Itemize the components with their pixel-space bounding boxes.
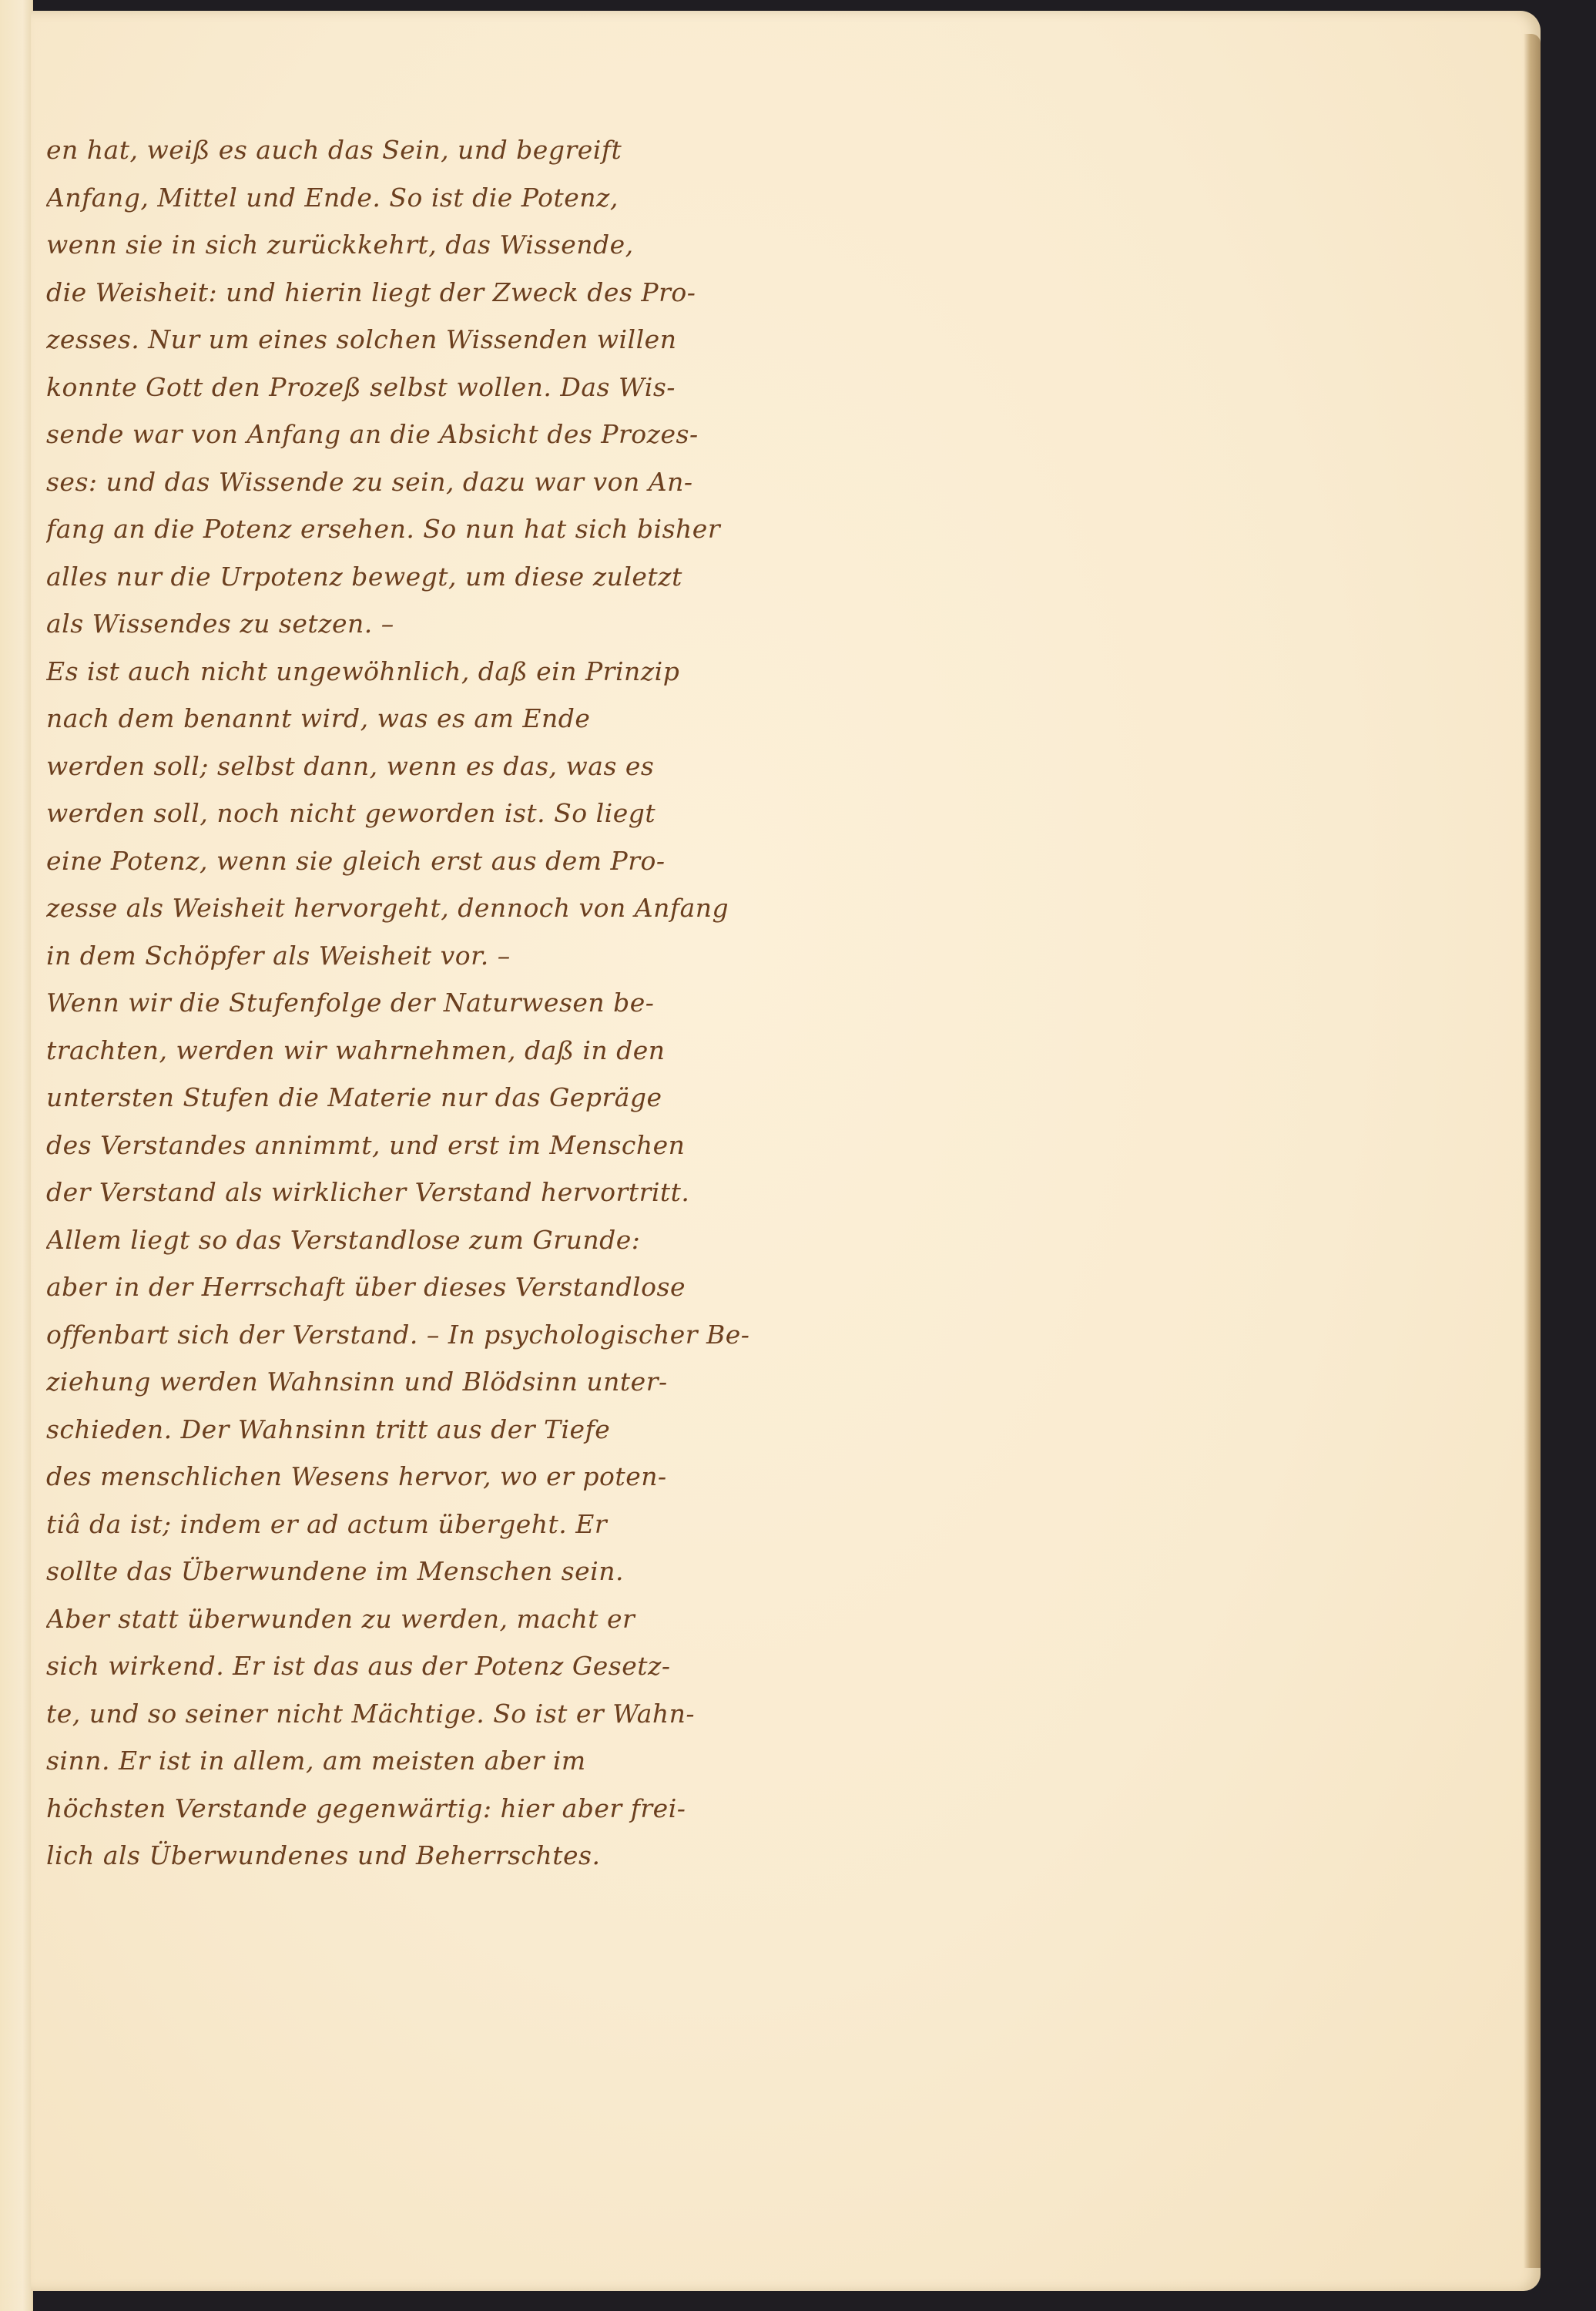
- text-line: höchsten Verstande gegenwärtig: hier abe…: [46, 1785, 832, 1833]
- text-line: sinn. Er ist in allem, am meisten aber i…: [46, 1737, 832, 1785]
- text-line: Wenn wir die Stufenfolge der Naturwesen …: [46, 979, 832, 1027]
- text-line: zesse als Weisheit hervorgeht, dennoch v…: [46, 884, 832, 932]
- text-line: offenbart sich der Verstand. – In psycho…: [46, 1311, 832, 1359]
- text-line: des menschlichen Wesens hervor, wo er po…: [46, 1453, 832, 1501]
- text-line: sich wirkend. Er ist das aus der Potenz …: [46, 1642, 832, 1690]
- text-line: zesses. Nur um eines solchen Wissenden w…: [46, 316, 832, 364]
- text-line: untersten Stufen die Materie nur das Gep…: [46, 1074, 832, 1122]
- text-line: konnte Gott den Prozeß selbst wollen. Da…: [46, 364, 832, 411]
- manuscript-page: en hat, weiß es auch das Sein, und begre…: [31, 11, 1541, 2291]
- text-line: Allem liegt so das Verstandlose zum Grun…: [46, 1216, 832, 1264]
- text-line: fang an die Potenz ersehen. So nun hat s…: [46, 505, 832, 553]
- text-line: te, und so seiner nicht Mächtige. So ist…: [46, 1690, 832, 1738]
- text-line: die Weisheit: und hierin liegt der Zweck…: [46, 269, 832, 317]
- text-line: der Verstand als wirklicher Verstand her…: [46, 1169, 832, 1216]
- text-line: lich als Überwundenes und Beherrschtes.: [46, 1832, 832, 1880]
- text-line: in dem Schöpfer als Weisheit vor. –: [46, 932, 832, 980]
- text-line: sollte das Überwundene im Menschen sein.: [46, 1548, 832, 1595]
- text-line: trachten, werden wir wahrnehmen, daß in …: [46, 1027, 832, 1075]
- text-line: werden soll; selbst dann, wenn es das, w…: [46, 743, 832, 790]
- text-line: werden soll, noch nicht geworden ist. So…: [46, 790, 832, 837]
- text-line: nach dem benannt wird, was es am Ende: [46, 695, 832, 743]
- text-line: eine Potenz, wenn sie gleich erst aus de…: [46, 837, 832, 885]
- text-line: Es ist auch nicht ungewöhnlich, daß ein …: [46, 648, 832, 696]
- text-line: ziehung werden Wahnsinn und Blödsinn unt…: [46, 1358, 832, 1406]
- text-line: Anfang, Mittel und Ende. So ist die Pote…: [46, 174, 832, 222]
- text-line: wenn sie in sich zurückkehrt, das Wissen…: [46, 221, 832, 269]
- text-line: des Verstandes annimmt, und erst im Mens…: [46, 1122, 832, 1169]
- worn-page-edge: [1524, 34, 1541, 2268]
- text-line: schieden. Der Wahnsinn tritt aus der Tie…: [46, 1406, 832, 1454]
- text-line: tiâ da ist; indem er ad actum übergeht. …: [46, 1501, 832, 1548]
- text-line: en hat, weiß es auch das Sein, und begre…: [46, 126, 832, 174]
- text-line: Aber statt überwunden zu werden, macht e…: [46, 1595, 832, 1643]
- text-line: ses: und das Wissende zu sein, dazu war …: [46, 458, 832, 506]
- handwritten-text-block: en hat, weiß es auch das Sein, und begre…: [46, 126, 832, 1880]
- text-line: alles nur die Urpotenz bewegt, um diese …: [46, 553, 832, 601]
- text-line: als Wissendes zu setzen. –: [46, 600, 832, 648]
- text-line: aber in der Herrschaft über dieses Verst…: [46, 1263, 832, 1311]
- text-line: sende war von Anfang an die Absicht des …: [46, 411, 832, 458]
- blank-page-area: [809, 42, 1525, 2260]
- previous-page-edge: [0, 0, 33, 2311]
